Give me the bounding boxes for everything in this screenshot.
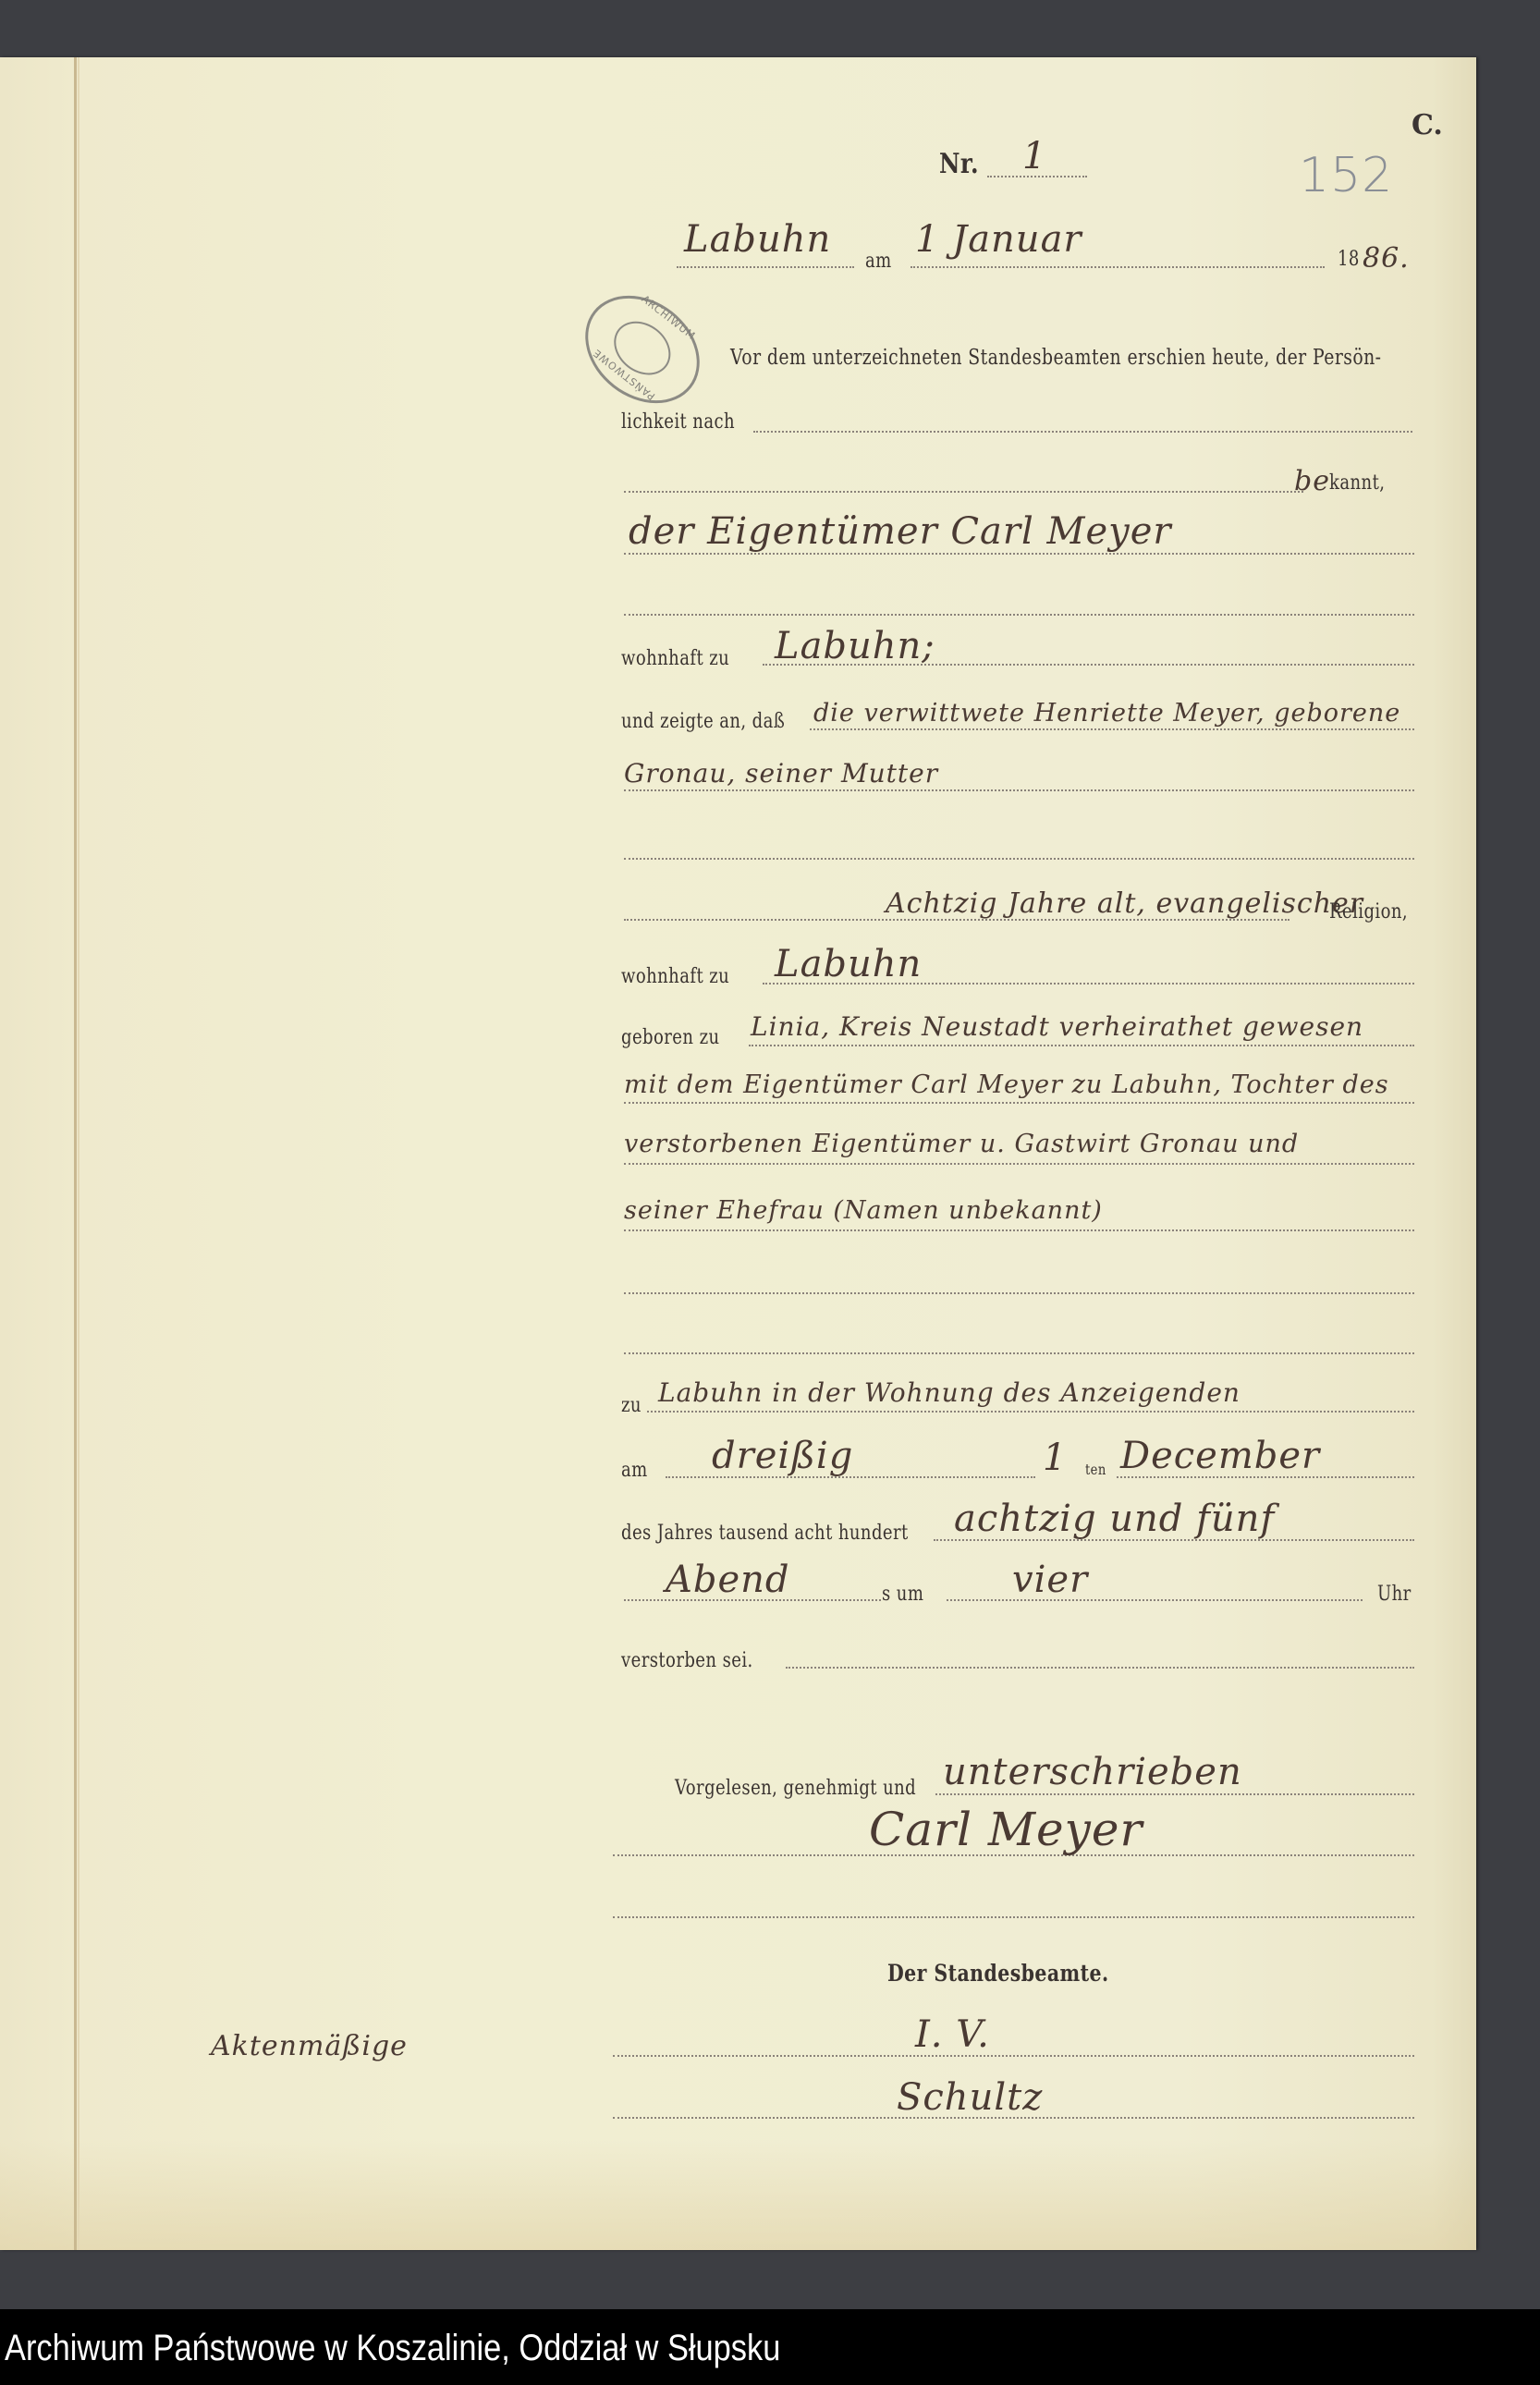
official-iv: I. V.: [915, 2013, 990, 2056]
line-verstorben: [786, 1667, 1414, 1669]
wohnhaft-label-2: wohnhaft zu: [621, 965, 729, 988]
death-day-num: 1: [1043, 1437, 1067, 1479]
line-born-1: [749, 1045, 1414, 1046]
time-of-day: Abend: [666, 1559, 790, 1601]
line-official-iv: [613, 2055, 1414, 2057]
date-line: [911, 266, 1325, 268]
line-born-2: [624, 1102, 1414, 1104]
line-blank-2: [624, 858, 1414, 860]
entry-number: 1: [1022, 135, 1046, 177]
official-signature: Schultz: [897, 2076, 1043, 2119]
born-line-1: Linia, Kreis Neustadt verheirathet gewes…: [751, 1011, 1363, 1042]
year-prefix: 18: [1338, 248, 1360, 271]
death-year: achtzig und fünf: [954, 1498, 1275, 1540]
des-jahres-label: des Jahres tausend acht hundert: [621, 1522, 909, 1545]
line-blank-1: [624, 614, 1414, 616]
death-place: Labuhn in der Wohnung des Anzeigenden: [658, 1377, 1241, 1408]
line-death-place: [647, 1411, 1414, 1413]
form-letter: C.: [1412, 109, 1443, 141]
archive-credit-bar: Archiwum Państwowe w Koszalinie, Oddział…: [0, 2309, 1540, 2385]
year-suffix: 86.: [1363, 242, 1410, 275]
religion-label: Religion,: [1329, 900, 1408, 923]
line-signed: [935, 1793, 1414, 1795]
und-zeigte-an-label: und zeigte an, daß: [621, 710, 785, 733]
death-month: December: [1120, 1435, 1320, 1477]
folio-number-pencil: 152: [1299, 148, 1393, 203]
line-persoenlichkeit: [753, 431, 1412, 433]
line-born-3: [624, 1163, 1414, 1165]
am-label-2: am: [621, 1459, 648, 1482]
place-line: [677, 266, 854, 268]
age-religion: Achtzig Jahre alt, evangelischer: [886, 887, 1363, 920]
verstorben-label: verstorben sei.: [621, 1649, 753, 1672]
line-deceased-1: [810, 728, 1414, 730]
place: Labuhn: [684, 218, 831, 261]
born-line-3: verstorbenen Eigentümer u. Gastwirt Gron…: [624, 1130, 1299, 1158]
am-label: am: [865, 250, 892, 273]
intro-cont: lichkeit nach: [621, 410, 735, 434]
margin-note: Aktenmäßige: [211, 2030, 408, 2062]
intro-text: Vor dem unterzeichneten Standesbeamten e…: [730, 346, 1381, 370]
line-informant: [624, 553, 1414, 555]
line-blank-5: [613, 1916, 1414, 1918]
deceased-line-2: Gronau, seiner Mutter: [624, 758, 938, 789]
death-day: dreißig: [712, 1435, 853, 1477]
informant-signature: Carl Meyer: [869, 1803, 1143, 1856]
born-line-4: seiner Ehefrau (Namen unbekannt): [624, 1196, 1103, 1225]
archive-credit: Archiwum Państwowe w Koszalinie, Oddział…: [5, 2328, 780, 2369]
signed: unterschrieben: [943, 1751, 1242, 1793]
s-um-label: s um: [882, 1583, 923, 1606]
wohnhaft-label: wohnhaft zu: [621, 647, 729, 670]
line-deceased-2: [624, 789, 1414, 791]
line-born-4: [624, 1229, 1414, 1231]
deceased-line-1: die verwittwete Henriette Meyer, geboren…: [813, 699, 1400, 728]
deceased-residence: Labuhn: [775, 943, 922, 985]
line-blank-4: [624, 1352, 1414, 1354]
ten-label: ten: [1085, 1461, 1106, 1478]
line-blank-3: [624, 1292, 1414, 1294]
binding-fold: [74, 57, 77, 2250]
line-bekannt: [624, 491, 1303, 493]
binding-fold-highlight: [78, 57, 79, 2250]
geboren-zu-label: geboren zu: [621, 1026, 720, 1049]
line-hour: [947, 1599, 1363, 1601]
informant-residence: Labuhn;: [775, 625, 935, 667]
vorgelesen-label: Vorgelesen, genehmigt und: [675, 1777, 916, 1800]
standesbeamte-label: Der Standesbeamte.: [887, 1960, 1109, 1987]
born-line-2: mit dem Eigentümer Carl Meyer zu Labuhn,…: [624, 1070, 1389, 1099]
hour: vier: [1012, 1559, 1088, 1601]
zu-label: zu: [621, 1394, 642, 1417]
uhr-label: Uhr: [1377, 1583, 1412, 1606]
bekannt-label: kannt,: [1329, 471, 1385, 495]
informant: der Eigentümer Carl Meyer: [629, 510, 1172, 553]
bekannt-prefix: be: [1294, 465, 1330, 497]
entry-number-label: Nr.: [939, 148, 979, 180]
date: 1 Januar: [915, 218, 1082, 261]
